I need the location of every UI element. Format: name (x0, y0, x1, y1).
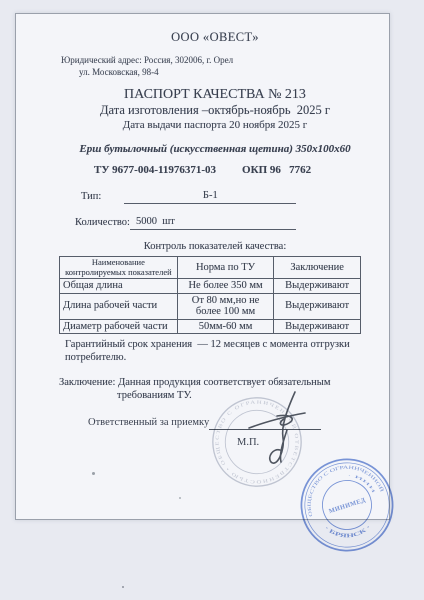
warranty-line1: Гарантийный срок хранения — 12 месяцев с… (59, 339, 369, 352)
document-content: ООО «ОВЕСТ» Юридический адрес: Россия, 3… (61, 14, 369, 402)
type-field: Тип: Б-1 (61, 189, 369, 204)
table-row: Длина рабочей части От 80 мм,но не более… (60, 293, 361, 319)
warranty-line2: потребителю. (59, 352, 369, 365)
conclusion-line1: Заключение: Данная продукция соответству… (59, 377, 369, 390)
scan-speck (122, 586, 124, 588)
legal-address-block: Юридический адрес: Россия, 302006, г. Ор… (61, 55, 369, 78)
cell-parameter: Диаметр рабочей части (60, 319, 178, 334)
table-row: Диаметр рабочей части 50мм-60 мм Выдержи… (60, 319, 361, 334)
cell-parameter: Длина рабочей части (60, 293, 178, 319)
header-parameter: Наименование контролируемых показателей (60, 257, 178, 279)
header-conclusion: Заключение (274, 257, 361, 279)
table-row: Общая длина Не более 350 мм Выдерживают (60, 279, 361, 294)
issue-date-line: Дата выдачи паспорта 20 ноября 2025 г (61, 118, 369, 132)
legal-address-line2: ул. Московская, 98-4 (61, 67, 369, 79)
tu-number: ТУ 9677-004-11976371-03 (94, 164, 216, 176)
quantity-field: Количество: 5000 шт (61, 215, 369, 230)
scanned-document: ООО «ОВЕСТ» Юридический адрес: Россия, 3… (0, 0, 424, 600)
blue-seal-center-text: МИНИМЕД (328, 497, 367, 516)
standards-row: ТУ 9677-004-11976371-03 ОКП 96 7762 (61, 164, 369, 176)
type-label: Тип: (81, 190, 101, 204)
cell-conclusion: Выдерживают (274, 279, 361, 294)
cell-conclusion: Выдерживают (274, 319, 361, 334)
quantity-value: 5000 шт (130, 215, 296, 230)
header-norm: Норма по ТУ (177, 257, 274, 279)
cell-norm: 50мм-60 мм (177, 319, 274, 334)
cell-conclusion: Выдерживают (274, 293, 361, 319)
company-name: ООО «ОВЕСТ» (61, 30, 369, 45)
scan-speck (92, 472, 95, 475)
cell-parameter: Общая длина (60, 279, 178, 294)
quality-table-caption: Контроль показателей качества: (61, 241, 369, 252)
quality-control-table: Наименование контролируемых показателей … (59, 256, 361, 334)
product-name: Ерш бутылочный (искусственная щетина) 35… (61, 143, 369, 155)
legal-address-line1: Юридический адрес: Россия, 302006, г. Ор… (61, 55, 369, 67)
cell-norm: Не более 350 мм (177, 279, 274, 294)
responsible-label: Ответственный за приемку (88, 416, 209, 430)
cell-norm: От 80 мм,но не более 100 мм (177, 293, 274, 319)
scan-speck (179, 497, 181, 499)
paper-sheet: ООО «ОВЕСТ» Юридический адрес: Россия, 3… (15, 13, 390, 520)
warranty-paragraph: Гарантийный срок хранения — 12 месяцев с… (59, 339, 369, 364)
passport-title: ПАСПОРТ КАЧЕСТВА № 213 (61, 87, 369, 103)
manufacture-date-line: Дата изготовления –октябрь-ноябрь 2025 г (61, 103, 369, 118)
table-header-row: Наименование контролируемых показателей … (60, 257, 361, 279)
quantity-label: Количество: (75, 216, 130, 230)
type-value: Б-1 (124, 189, 296, 204)
blue-round-seal-stamp: ОБЩЕСТВО С ОГРАНИЧЕННОЙ ОТВЕТСТВЕННОСТЬЮ… (298, 456, 396, 554)
okp-code: ОКП 96 7762 (242, 164, 311, 176)
